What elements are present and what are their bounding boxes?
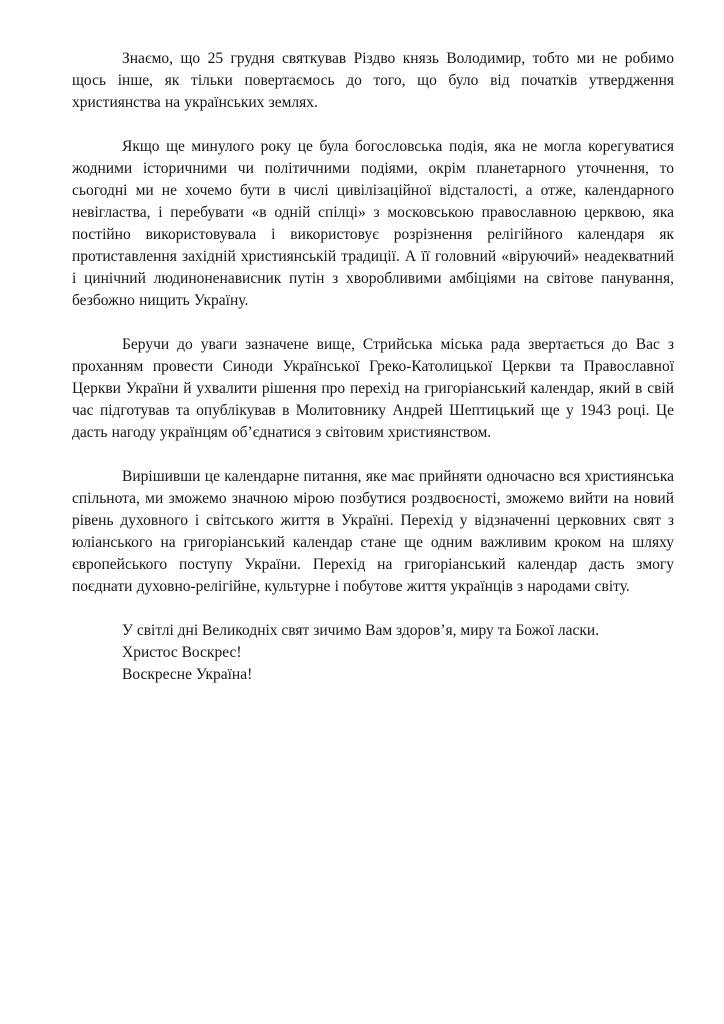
closing-line-voskresne-ukraina: Воскресне Україна! (72, 664, 674, 686)
paragraph-4: Вирішивши це календарне питання, яке має… (72, 466, 674, 598)
closing-block: У світлі дні Великодніх свят зичимо Вам … (72, 620, 674, 686)
closing-line-greeting: У світлі дні Великодніх свят зичимо Вам … (72, 620, 674, 642)
paragraph-3: Беручи до уваги зазначене вище, Стрийськ… (72, 334, 674, 444)
paragraph-2: Якщо ще минулого року це була богословсь… (72, 136, 674, 312)
closing-line-khrystos-voskres: Христос Воскрес! (72, 642, 674, 664)
paragraph-1: Знаємо, що 25 грудня святкував Різдво кн… (72, 48, 674, 114)
document-page: Знаємо, що 25 грудня святкував Різдво кн… (0, 0, 724, 1024)
